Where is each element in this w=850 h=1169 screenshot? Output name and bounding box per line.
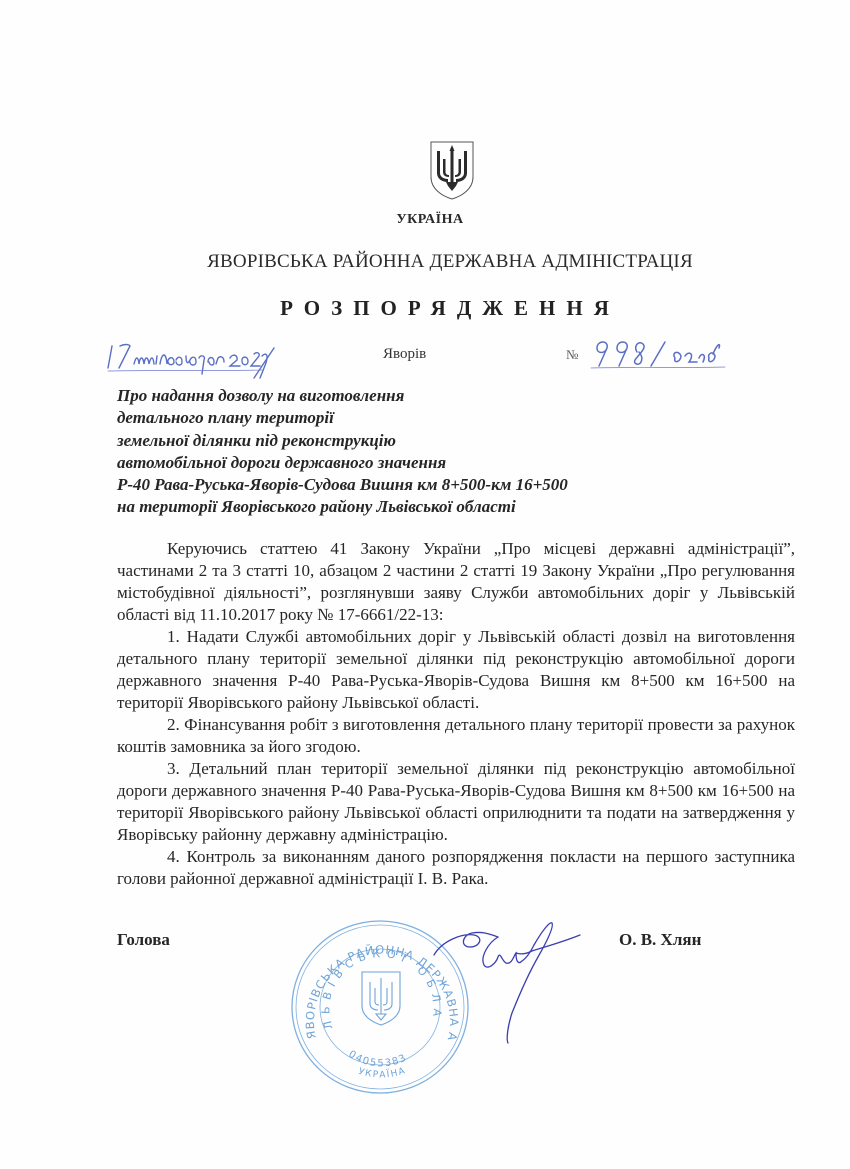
subject-line: детального плану території [117, 407, 677, 429]
organization-name: ЯВОРІВСЬКА РАЙОННА ДЕРЖАВНА АДМІНІСТРАЦІ… [0, 251, 850, 273]
document-type-title: РОЗПОРЯДЖЕННЯ [0, 296, 850, 321]
subject-line: Р-40 Рава-Руська-Яворів-Судова Вишня км … [117, 474, 677, 496]
signatory-title: Голова [117, 930, 170, 950]
handwritten-signature [432, 913, 592, 1053]
subject-line: Про надання дозволу на виготовлення [117, 385, 677, 407]
subject-line: земельної ділянки під реконструкцію [117, 430, 677, 452]
trident-coat-of-arms-icon [428, 139, 476, 201]
city-name: Яворів [383, 346, 426, 363]
subject-line: на території Яворівського району Львівсь… [117, 496, 677, 518]
signatory-name: О. В. Хлян [619, 930, 701, 950]
document-subject: Про надання дозволу на виготовлення дета… [117, 385, 677, 519]
handwritten-date: 17 листопада 2017 [104, 334, 304, 380]
number-label: № [566, 347, 578, 363]
order-item-2: 2. Фінансування робіт з виготовлення дет… [117, 714, 795, 758]
order-item-3: 3. Детальний план території земельної ді… [117, 758, 795, 846]
order-item-4: 4. Контроль за виконанням даного розпоря… [117, 846, 795, 890]
preamble-paragraph: Керуючись статтею 41 Закону України „Про… [117, 538, 795, 626]
document-body: Керуючись статтею 41 Закону України „Про… [117, 538, 795, 890]
handwritten-document-number: 998/02-06 [585, 334, 735, 374]
order-item-1: 1. Надати Службі автомобільних доріг у Л… [117, 626, 795, 714]
country-name: УКРАЇНА [0, 212, 850, 228]
svg-text:04055383: 04055383 [346, 1049, 409, 1070]
document-page: УКРАЇНА ЯВОРІВСЬКА РАЙОННА ДЕРЖАВНА АДМІ… [0, 0, 850, 1169]
subject-line: автомобільної дороги державного значення [117, 452, 677, 474]
